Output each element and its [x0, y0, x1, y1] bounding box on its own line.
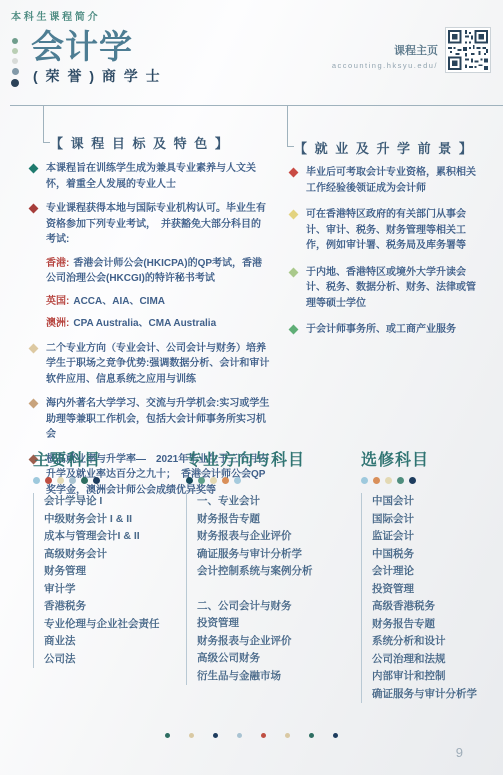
prospects-bullet: 可在香港特区政府的有关部门从事会计、审计、税务、财务管理等相关工作，例如审计署、… — [290, 207, 482, 254]
subject-item: 高级财务会计 — [44, 546, 185, 564]
subject-item: 会计学导论 I — [44, 493, 185, 511]
prospects-bullet-line: 可在香港特区政府的有关部门从事会计、审计、税务、财务管理等相关工作，例如审计署、… — [306, 207, 482, 254]
course-homepage-block: 课程主页 accounting.hksyu.edu/ — [332, 27, 491, 73]
goals-bullet-text: 专业课程获得本地与国际专业机构认可。毕业生有资格参加下列专业考试， 并获豁免大部… — [46, 201, 270, 332]
subject-column-3: 选修科目中国会计国际会计监证会计中国税务会计理论投资管理高级香港税务财务报告专题… — [361, 447, 501, 703]
header-divider-line — [10, 105, 503, 106]
qr-labels: 课程主页 accounting.hksyu.edu/ — [332, 42, 438, 73]
goals-sub-item: 香港:香港会计师公会(HKICPA)的QP考试，香港公司治理公会(HKCGI)的… — [46, 256, 270, 287]
subject-item: 会计理论 — [372, 563, 501, 581]
title-dot — [69, 477, 76, 484]
goals-bullet-line: 海内外著名大学学习、交流与升学机会:实习或学生助理等兼职工作机会，包括大会计师事… — [46, 396, 270, 443]
diamond-bullet-icon — [289, 325, 299, 335]
title-dot — [222, 477, 229, 484]
subject-item: 财务报表与企业评价 — [197, 633, 360, 651]
goals-bullet-line: 二个专业方向（专业会计、公司会计与财务）培养学生于职场之竞争优势:强调数据分析、… — [46, 341, 270, 388]
title-dot — [186, 477, 193, 484]
prospects-bullet: 毕业后可考取会计专业资格，累积相关工作经验後领证成为会计师 — [290, 165, 482, 196]
title-dot — [198, 477, 205, 484]
goals-sub-item: 英国:ACCA、AIA、CIMA — [46, 294, 270, 310]
subject-item: 商业法 — [44, 633, 185, 651]
goals-connector-stub — [43, 142, 50, 143]
title-dot — [234, 477, 241, 484]
page-title: 会计学 — [31, 21, 133, 68]
subject-item: 衍生品与金融市场 — [197, 668, 360, 686]
accent-dot — [12, 48, 18, 54]
subject-item: 监证会计 — [372, 528, 501, 546]
course-url: accounting.hksyu.edu/ — [332, 61, 438, 70]
region-exams: CPA Australia、CMA Australia — [73, 318, 216, 329]
subject-title-dots — [186, 477, 360, 484]
subject-item: 财务管理 — [44, 563, 185, 581]
subject-item: 国际会计 — [372, 511, 501, 529]
footer-dot — [189, 733, 194, 738]
diamond-bullet-icon — [289, 210, 299, 220]
title-dot — [385, 477, 392, 484]
footer-dot — [309, 733, 314, 738]
subject-item: 一、专业会计 — [197, 493, 360, 511]
goals-sub-item: 澳洲:CPA Australia、CMA Australia — [46, 316, 270, 332]
section-title-goals: 【 课 程 目 标 及 特 色 】 — [50, 133, 230, 152]
subject-column-title: 专业方向与科目 — [186, 447, 360, 470]
goals-connector-line — [43, 105, 44, 142]
title-dot — [33, 477, 40, 484]
brochure-page: 本 科 生 课 程 简 介 会计学 ( 荣 誉 ) 商 学 士 课程主页 acc… — [0, 0, 503, 775]
subject-item: 中级财务会计 I & II — [44, 511, 185, 529]
goals-bullet-text: 本课程旨在训练学生成为兼具专业素养与人文关怀，着重全人发展的专业人士 — [46, 161, 270, 192]
title-accent-dots — [11, 38, 19, 87]
subject-column-1: 主要科目会计学导论 I中级财务会计 I & II成本与管理会计I & II高级财… — [33, 447, 185, 668]
footer-dot — [213, 733, 218, 738]
title-dot — [361, 477, 368, 484]
region-exams: 香港会计师公会(HKICPA)的QP考试，香港公司治理公会(HKCGI)的特许秘… — [46, 258, 262, 285]
subject-item: 高级公司财务 — [197, 650, 360, 668]
footer-accent-dots — [0, 733, 503, 738]
accent-dot — [12, 58, 18, 64]
subject-item: 专业伦理与企业社会责任 — [44, 616, 185, 634]
goals-bullet: 本课程旨在训练学生成为兼具专业素养与人文关怀，着重全人发展的专业人士 — [30, 161, 270, 192]
subject-item: 财务报告专题 — [197, 511, 360, 529]
goals-bullet-line: 专业课程获得本地与国际专业机构认可。毕业生有资格参加下列专业考试， 并获豁免大部… — [46, 201, 270, 248]
accent-dot — [11, 79, 19, 87]
goals-sub-list: 香港:香港会计师公会(HKICPA)的QP考试，香港公司治理公会(HKCGI)的… — [46, 256, 270, 332]
title-dot — [373, 477, 380, 484]
accent-dot — [12, 38, 18, 44]
prospects-bullet: 于内地、香港特区或境外大学升读会计、税务、数据分析、财务、法律或管理等硕士学位 — [290, 265, 482, 312]
title-dot — [397, 477, 404, 484]
subject-column-title: 选修科目 — [361, 447, 501, 470]
title-dot — [409, 477, 416, 484]
subject-column-title: 主要科目 — [33, 447, 185, 470]
subject-title-dots — [33, 477, 185, 484]
title-dot — [81, 477, 88, 484]
diamond-bullet-icon — [29, 204, 39, 214]
subject-item: 财务报表与企业评价 — [197, 528, 360, 546]
subject-item: 会计控制系统与案例分析 — [197, 563, 360, 581]
subject-item: 投资管理 — [197, 615, 360, 633]
footer-dot — [165, 733, 170, 738]
footer-dot — [237, 733, 242, 738]
footer-dot — [261, 733, 266, 738]
subject-title-dots — [361, 477, 501, 484]
subject-item: 确证服务与审计分析学 — [197, 546, 360, 564]
diamond-bullet-icon — [29, 343, 39, 353]
subject-list: 中国会计国际会计监证会计中国税务会计理论投资管理高级香港税务财务报告专题系统分析… — [361, 493, 501, 703]
title-dot — [210, 477, 217, 484]
prospects-connector-line — [287, 105, 288, 146]
footer-dot — [285, 733, 290, 738]
goals-bullet-text: 二个专业方向（专业会计、公司会计与财务）培养学生于职场之竞争优势:强调数据分析、… — [46, 341, 270, 388]
prospects-bullet-text: 可在香港特区政府的有关部门从事会计、审计、税务、财务管理等相关工作，例如审计署、… — [306, 207, 482, 254]
subject-item: 审计学 — [44, 581, 185, 599]
accent-dot — [12, 68, 19, 75]
qr-pattern — [448, 30, 488, 70]
prospects-bullet: 于会计师事务所、或工商产业服务 — [290, 322, 482, 338]
region-label: 澳洲: — [46, 318, 69, 329]
qr-label: 课程主页 — [332, 42, 438, 58]
subject-group-gap — [197, 581, 360, 598]
subject-item: 财务报告专题 — [372, 616, 501, 634]
subject-item: 高级香港税务 — [372, 598, 501, 616]
subject-item: 确证服务与审计分析学 — [372, 686, 501, 704]
footer-dot — [333, 733, 338, 738]
goals-bullet: 海内外著名大学学习、交流与升学机会:实习或学生助理等兼职工作机会，包括大会计师事… — [30, 396, 270, 443]
region-exams: ACCA、AIA、CIMA — [73, 296, 165, 307]
prospects-bullet-list: 毕业后可考取会计专业资格，累积相关工作经验後领证成为会计师可在香港特区政府的有关… — [290, 165, 482, 338]
title-dot — [93, 477, 100, 484]
page-subtitle: ( 荣 誉 ) 商 学 士 — [33, 66, 162, 86]
subject-item: 内部审计和控制 — [372, 668, 501, 686]
title-dot — [45, 477, 52, 484]
prospects-bullet-text: 于内地、香港特区或境外大学升读会计、税务、数据分析、财务、法律或管理等硕士学位 — [306, 265, 482, 312]
subject-list: 会计学导论 I中级财务会计 I & II成本与管理会计I & II高级财务会计财… — [33, 493, 185, 668]
subject-item: 二、公司会计与财务 — [197, 598, 360, 616]
subject-list: 一、专业会计财务报告专题财务报表与企业评价确证服务与审计分析学会计控制系统与案例… — [186, 493, 360, 685]
region-label: 英国: — [46, 296, 69, 307]
prospects-bullet-line: 毕业后可考取会计专业资格，累积相关工作经验後领证成为会计师 — [306, 165, 482, 196]
subject-item: 成本与管理会计I & II — [44, 528, 185, 546]
title-dot — [57, 477, 64, 484]
page-number: 9 — [456, 745, 463, 760]
qr-code-icon — [445, 27, 491, 73]
goals-bullet: 专业课程获得本地与国际专业机构认可。毕业生有资格参加下列专业考试， 并获豁免大部… — [30, 201, 270, 332]
subject-column-2: 专业方向与科目一、专业会计财务报告专题财务报表与企业评价确证服务与审计分析学会计… — [186, 447, 360, 685]
prospects-bullet-line: 于会计师事务所、或工商产业服务 — [306, 322, 456, 338]
prospects-connector-stub — [287, 146, 294, 147]
prospects-bullet-text: 毕业后可考取会计专业资格，累积相关工作经验後领证成为会计师 — [306, 165, 482, 196]
diamond-bullet-icon — [29, 399, 39, 409]
goals-bullet-line: 本课程旨在训练学生成为兼具专业素养与人文关怀，着重全人发展的专业人士 — [46, 161, 270, 192]
diamond-bullet-icon — [289, 168, 299, 178]
region-label: 香港: — [46, 258, 69, 269]
subject-item: 公司治理和法规 — [372, 651, 501, 669]
subject-item: 投资管理 — [372, 581, 501, 599]
subject-item: 中国税务 — [372, 546, 501, 564]
subject-item: 公司法 — [44, 651, 185, 669]
prospects-bullet-text: 于会计师事务所、或工商产业服务 — [306, 322, 456, 338]
prospects-bullet-line: 于内地、香港特区或境外大学升读会计、税务、数据分析、财务、法律或管理等硕士学位 — [306, 265, 482, 312]
goals-bullet-text: 海内外著名大学学习、交流与升学机会:实习或学生助理等兼职工作机会，包括大会计师事… — [46, 396, 270, 443]
diamond-bullet-icon — [289, 267, 299, 277]
subject-item: 香港税务 — [44, 598, 185, 616]
subject-item: 中国会计 — [372, 493, 501, 511]
diamond-bullet-icon — [29, 164, 39, 174]
section-title-prospects: 【 就 业 及 升 学 前 景 】 — [294, 138, 474, 157]
subject-item: 系统分析和设计 — [372, 633, 501, 651]
goals-bullet: 二个专业方向（专业会计、公司会计与财务）培养学生于职场之竞争优势:强调数据分析、… — [30, 341, 270, 388]
